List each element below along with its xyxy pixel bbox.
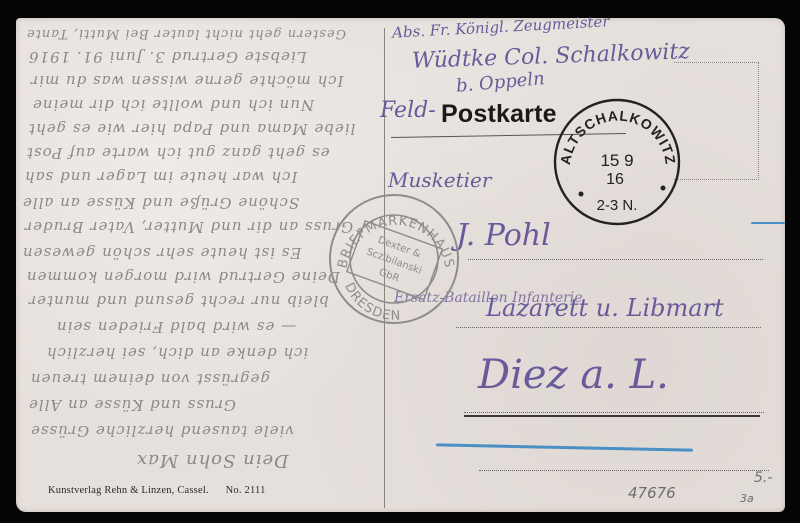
svg-text:DRESDEN: DRESDEN bbox=[341, 281, 401, 324]
recipient-line-1: Musketier bbox=[388, 168, 491, 192]
dealer-stamp-city: DRESDEN bbox=[341, 281, 401, 324]
postcard: Gestern geht nicht lauter Bei Mutti, Tan… bbox=[16, 18, 785, 512]
postmark-time: 2-3 N. bbox=[597, 197, 638, 214]
address-line-1 bbox=[468, 259, 763, 260]
code-note: 3a bbox=[740, 492, 754, 505]
sender-line-3: b. Oppeln bbox=[455, 68, 545, 97]
message-line: viele tausend herzliche Grüsse bbox=[30, 422, 294, 440]
postmark-date: 15 9 bbox=[600, 151, 633, 170]
publisher-name: Kunstverlag Rehn & Linzen, Cassel. bbox=[48, 485, 209, 496]
message-line: Gruss und Küsse an Alle bbox=[28, 396, 236, 414]
postmark: ALTSCHALKOWITZ 15 9 16 2-3 N. bbox=[553, 98, 681, 226]
message-line: Dein Sohn Max bbox=[136, 450, 289, 471]
dealer-stamp: BRIEFMARKENHAUS DRESDEN Dexter & Sczibil… bbox=[328, 193, 460, 325]
postmark-year: 16 bbox=[606, 171, 624, 188]
feldpost-note: Feld- bbox=[380, 98, 436, 123]
dealer-stamp-inner-3: GbR bbox=[377, 267, 401, 285]
series-number: No. 2111 bbox=[226, 485, 266, 496]
address-line-3 bbox=[464, 412, 764, 413]
message-line: es geht ganz gut ich warte auf Post bbox=[26, 144, 330, 162]
recipient-line-4: Lazarett u. Libmart bbox=[486, 294, 724, 322]
message-line: Liebste Gertrud 3. Juni 91. 1916 bbox=[28, 48, 307, 66]
message-line: Es ist heute sehr schön gewesen bbox=[22, 244, 301, 262]
inventory-number: 47676 bbox=[628, 484, 676, 502]
message-line: Gruss an dir und Mutter, Vater Bruder bbox=[24, 218, 353, 236]
sender-line-2: Wüdtke Col. Schalkowitz bbox=[412, 39, 691, 74]
message-line: Ich war heute im Lager und sah bbox=[24, 168, 297, 186]
stamp-box bbox=[674, 62, 759, 180]
address-line-3-underline bbox=[464, 415, 760, 417]
price-note: 5.- bbox=[754, 470, 772, 486]
message-line: Deine Gertrud wird morgen kommen bbox=[26, 268, 340, 286]
sender-line-1: Abs. Fr. Königl. Zeugmeister bbox=[392, 12, 610, 41]
message-line: Gestern geht nicht lauter Bei Mutti, Tan… bbox=[26, 26, 346, 41]
message-line: Nun ich und wollte ich dir meine bbox=[32, 96, 314, 114]
message-line: Schöne Grüße und Küsse an alle bbox=[22, 194, 299, 212]
blue-pencil-mark bbox=[436, 443, 693, 451]
blue-pencil-mark bbox=[751, 222, 785, 224]
recipient-line-5: Diez a. L. bbox=[478, 352, 669, 398]
address-line-4 bbox=[479, 470, 769, 471]
card-title: Postkarte bbox=[441, 100, 557, 129]
publisher-imprint: Kunstverlag Rehn & Linzen, Cassel. No. 2… bbox=[48, 485, 266, 496]
message-line: ich denke an dich, sei herzlich bbox=[46, 344, 308, 362]
message-line: gegrüsst von deinem treuen bbox=[30, 370, 270, 388]
message-line: Ich möchte gerne wissen was du mir bbox=[30, 72, 344, 90]
recipient-line-2: J. Pohl bbox=[456, 218, 551, 253]
message-line: bleib nur recht gesund und munter bbox=[28, 292, 329, 310]
message-line: liebe Mama und Papa hier wie es geht bbox=[28, 120, 355, 138]
address-line-2 bbox=[456, 327, 761, 328]
message-line: — es wird bald Frieden sein bbox=[56, 318, 296, 336]
